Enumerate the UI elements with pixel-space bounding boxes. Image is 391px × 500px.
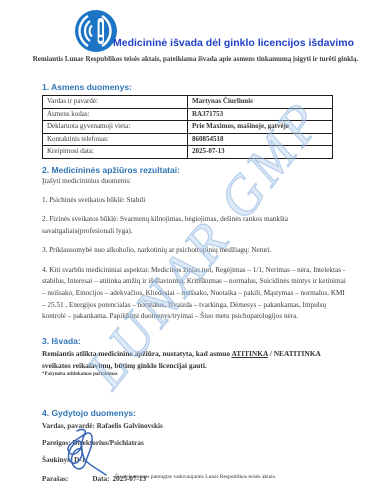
section2-heading: 2. Medicininės apžiūros rezultatai: bbox=[42, 165, 350, 175]
table-row: Deklaruota gyvenamoji vieta: Prie Maximo… bbox=[43, 121, 333, 134]
row-value: Prie Maximos, mašinoje, gatvėje bbox=[188, 121, 333, 134]
medical-item-1: 1. Psichinės sveikatos būklė: Stabili bbox=[42, 195, 350, 207]
table-row: Kreipimosi data: 2025-07-13 bbox=[43, 146, 333, 159]
conclusion-footnote: *Pažymėta atitinkamas parinkimas bbox=[42, 372, 350, 377]
row-value: RA371753 bbox=[188, 108, 333, 121]
row-label: Asmens kodas: bbox=[43, 108, 188, 121]
row-value: 860854518 bbox=[188, 133, 333, 146]
conclusion-statement: Remiantis atlikta medicinine apžiūra, nu… bbox=[42, 348, 350, 372]
row-label: Kontaktinis telefonas: bbox=[43, 133, 188, 146]
table-row: Kontaktinis telefonas: 860854518 bbox=[43, 133, 333, 146]
section4-heading: 4. Gydytojo duomenys: bbox=[42, 408, 350, 418]
conclusion-suffix: sveikatos reikalavimų, būtinų ginklo lic… bbox=[42, 361, 207, 370]
option-neatitinka: NEATITINKA bbox=[274, 349, 321, 358]
row-label: Kreipimosi data: bbox=[43, 146, 188, 159]
section3-heading: 3. Išvada: bbox=[42, 336, 350, 346]
clinic-logo-icon bbox=[74, 9, 118, 53]
document-title: Medicininė išvada dėl ginklo licencijos … bbox=[113, 37, 373, 49]
medical-item-3: 3. Priklausomybė nuo alkoholio, narkotin… bbox=[42, 245, 350, 257]
table-row: Asmens kodas: RA371753 bbox=[43, 108, 333, 121]
handwritten-signature bbox=[50, 422, 130, 478]
section1-heading: 1. Asmens duomenys: bbox=[42, 82, 350, 92]
medical-certificate-document: Medicininė išvada dėl ginklo licencijos … bbox=[0, 0, 391, 500]
option-atitinka: ATITINKA bbox=[232, 349, 268, 358]
row-label: Vardas ir pavardė: bbox=[43, 96, 188, 109]
medical-item-4: 4. Kiti svarbūs medicininiai aspektai: M… bbox=[42, 265, 350, 323]
row-label: Deklaruota gyvenamoji vieta: bbox=[43, 121, 188, 134]
medical-item-2: 2. Fizinės sveikatos būklė: Svarmenų kil… bbox=[42, 214, 350, 237]
personal-data-table: Vardas ir pavardė: Martynas Čiurlionis A… bbox=[42, 95, 333, 159]
conclusion-prefix: Remiantis atlikta medicinine apžiūra, nu… bbox=[42, 349, 232, 358]
section2-intro: Įrašyti medicininius duomenis: bbox=[42, 176, 350, 187]
table-row: Vardas ir pavardė: Martynas Čiurlionis bbox=[43, 96, 333, 109]
row-value: 2025-07-13 bbox=[188, 146, 333, 159]
document-subtitle: Remiantis Lunar Respublikos teisės aktai… bbox=[28, 54, 363, 64]
row-value: Martynas Čiurlionis bbox=[188, 96, 333, 109]
